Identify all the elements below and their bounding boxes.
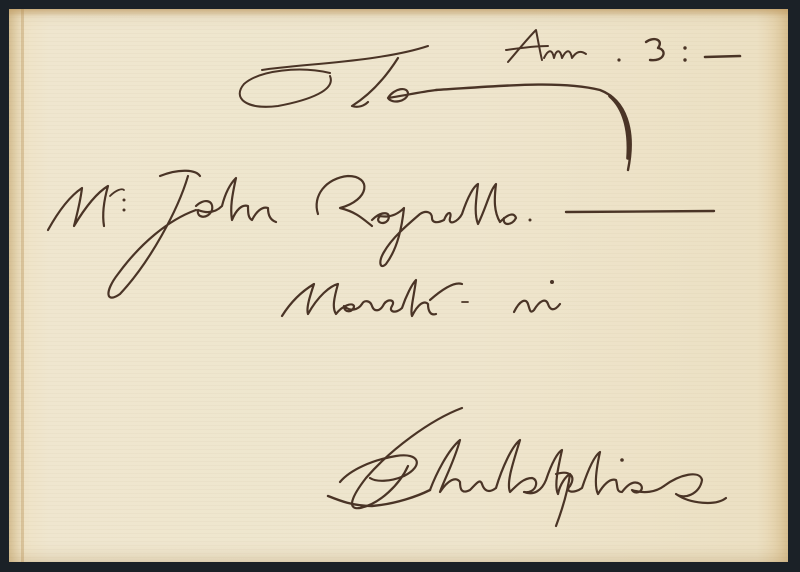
rate-marking: Am. 3: — [506,30,635,63]
salutation: To [240,60,288,106]
salutation-strokes [240,46,631,170]
city: Philadelphia [330,430,658,490]
occupation: Mercht. in [280,276,460,316]
addressee: Mr. John Reynell — [46,176,436,222]
